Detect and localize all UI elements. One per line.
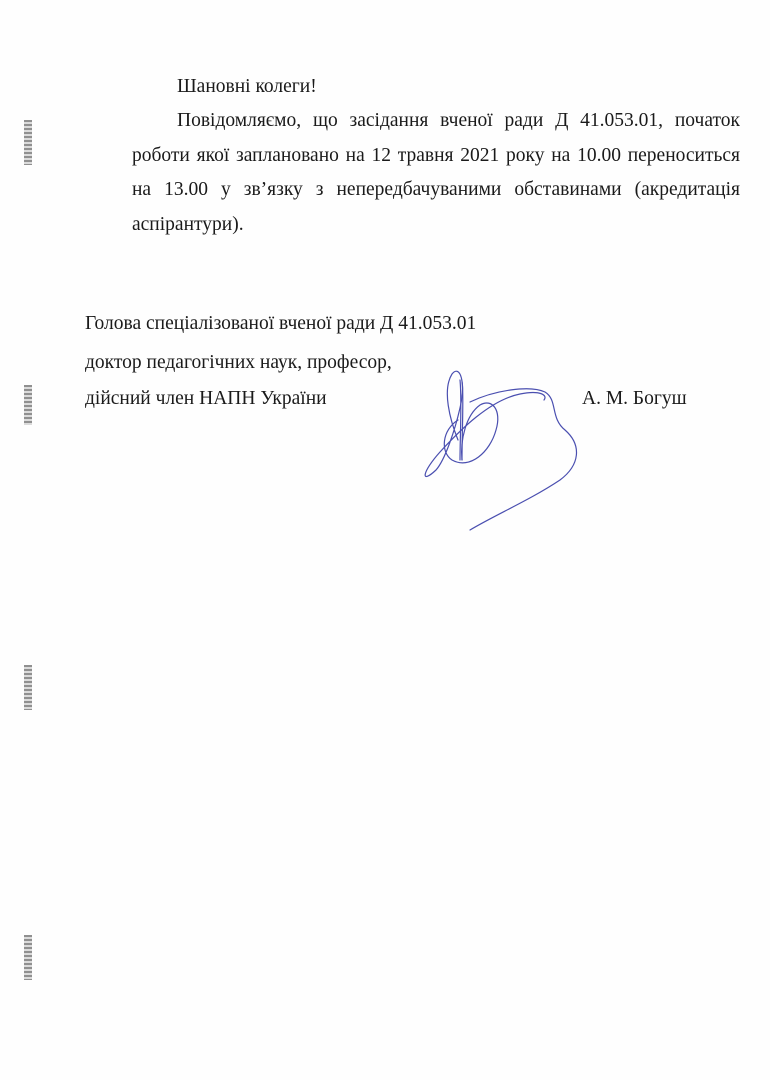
scan-binding-mark: [24, 935, 32, 980]
signatory-position-line-2: доктор педагогічних наук, професор,: [85, 352, 392, 374]
signatory-position-line-1: Голова спеціалізованої вченої ради Д 41.…: [85, 313, 476, 335]
signatory-position-line-3: дійсний член НАПН України: [85, 388, 327, 410]
handwritten-signature-icon: [400, 360, 600, 540]
greeting: Шановні колеги!: [177, 70, 317, 104]
scan-binding-mark: [24, 120, 32, 165]
scan-binding-mark: [24, 385, 32, 425]
document-page: Шановні колеги! Повідомляємо, що засідан…: [0, 0, 770, 1080]
scan-binding-mark: [24, 665, 32, 710]
announcement-paragraph: Повідомляємо, що засідання вченої ради Д…: [132, 104, 740, 242]
